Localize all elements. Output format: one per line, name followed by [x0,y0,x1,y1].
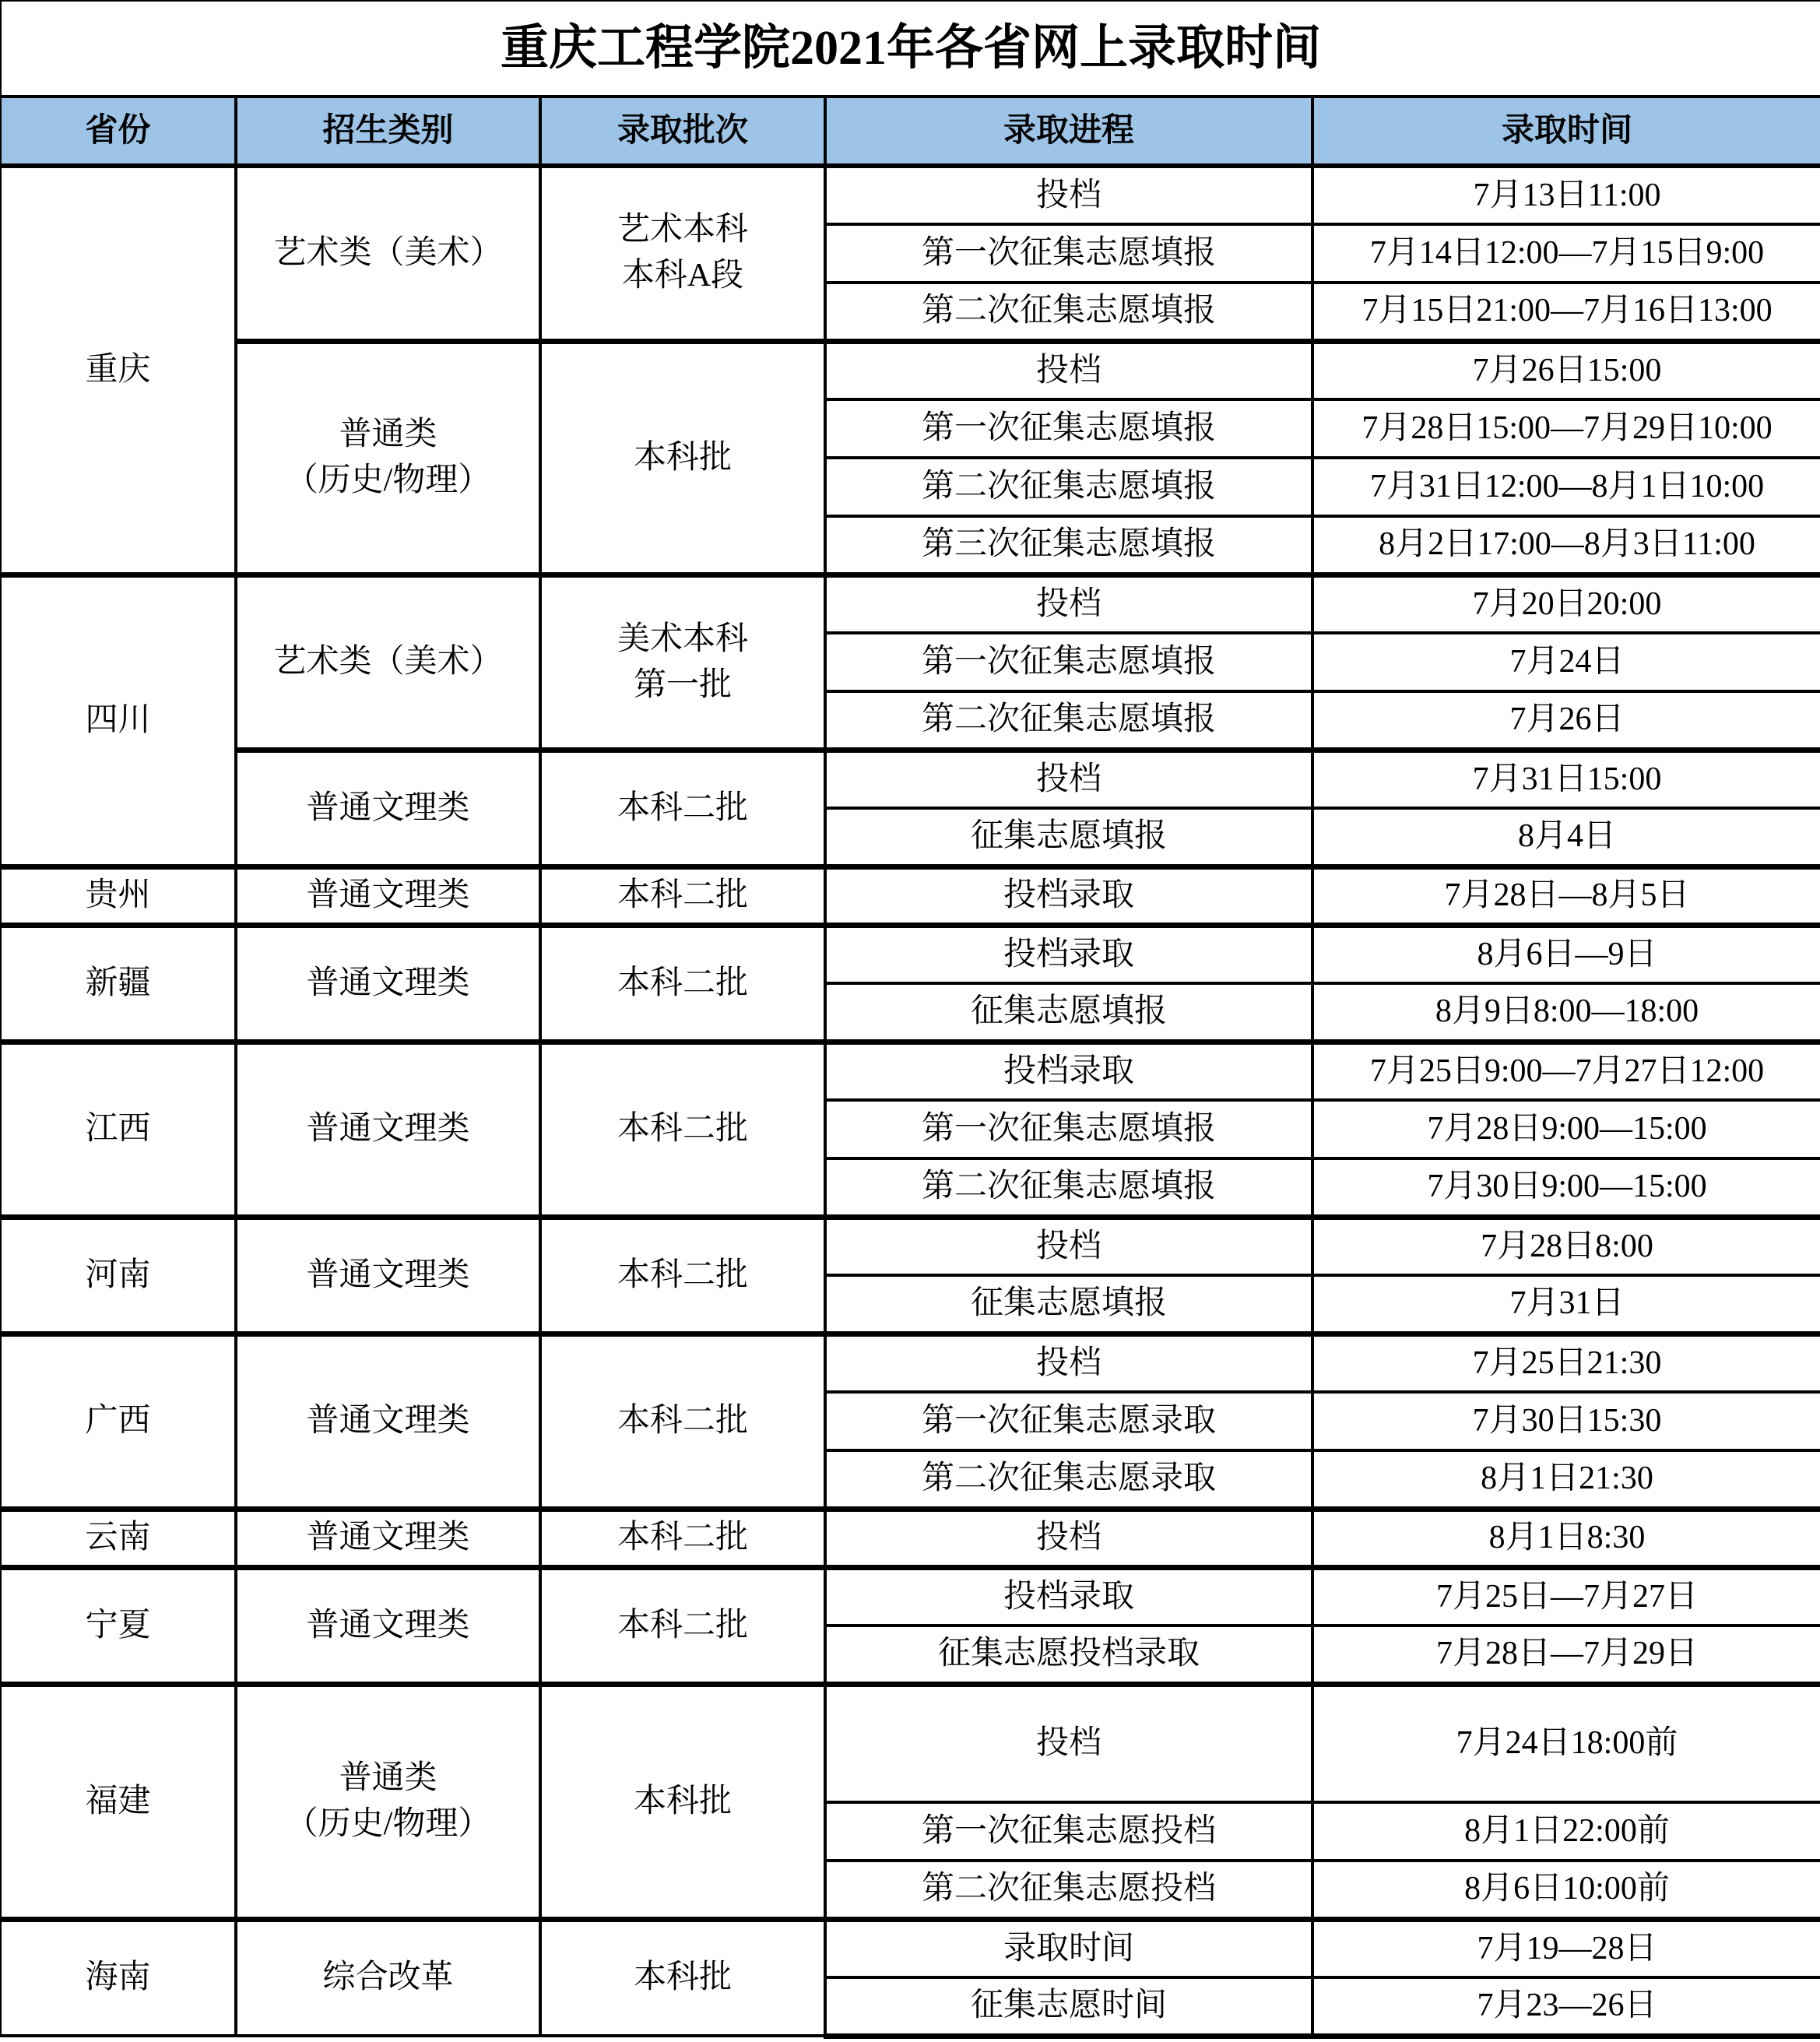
col-header-category: 招生类别 [236,97,540,166]
time-cell: 7月13日11:00 [1312,166,1820,224]
category-cell: 普通文理类 [236,1567,540,1684]
time-cell: 8月1日22:00前 [1312,1802,1820,1861]
time-cell: 7月14日12:00—7月15日9:00 [1312,224,1820,283]
process-cell: 第一次征集志愿录取 [825,1392,1312,1450]
time-cell: 7月28日—8月5日 [1312,866,1820,925]
table-row: 宁夏 普通文理类 本科二批 投档录取 7月25日—7月27日 [1,1567,1820,1626]
process-cell: 投档 [825,575,1312,633]
batch-cell: 本科二批 [540,925,825,1042]
process-cell: 投档录取 [825,1042,1312,1100]
process-cell: 征集志愿填报 [825,808,1312,866]
process-cell: 征集志愿投档录取 [825,1626,1312,1684]
process-cell: 第二次征集志愿填报 [825,1158,1312,1217]
time-cell: 7月28日9:00—15:00 [1312,1100,1820,1158]
category-cell: 艺术类（美术） [236,575,540,750]
process-cell: 征集志愿填报 [825,1275,1312,1334]
time-cell: 7月26日15:00 [1312,341,1820,399]
time-cell: 8月9日8:00—18:00 [1312,983,1820,1042]
process-cell: 投档 [825,1334,1312,1392]
process-cell: 投档 [825,750,1312,808]
batch-cell: 本科二批 [540,750,825,866]
table-row: 新疆 普通文理类 本科二批 投档录取 8月6日—9日 [1,925,1820,983]
time-cell: 7月31日 [1312,1275,1820,1334]
table-row: 四川 艺术类（美术） 美术本科 第一批 投档 7月20日20:00 [1,575,1820,633]
batch-cell: 本科二批 [540,1334,825,1509]
table-row: 普通类 （历史/物理） 本科批 投档 7月26日15:00 [1,341,1820,399]
process-cell: 第一次征集志愿填报 [825,1100,1312,1158]
time-cell: 7月20日20:00 [1312,575,1820,633]
process-cell: 投档录取 [825,925,1312,983]
table-row: 广西 普通文理类 本科二批 投档 7月25日21:30 [1,1334,1820,1392]
time-cell: 7月15日21:00—7月16日13:00 [1312,283,1820,341]
province-cell-henan: 河南 [1,1217,236,1334]
process-cell: 第二次征集志愿填报 [825,458,1312,516]
time-cell: 7月28日15:00—7月29日10:00 [1312,399,1820,458]
time-cell: 7月30日15:30 [1312,1392,1820,1450]
process-cell: 征集志愿填报 [825,983,1312,1042]
time-cell: 7月23—26日 [1312,1977,1820,2036]
process-cell: 征集志愿时间 [825,1977,1312,2036]
table-row: 河南 普通文理类 本科二批 投档 7月28日8:00 [1,1217,1820,1275]
batch-cell: 本科二批 [540,1042,825,1217]
process-cell: 第一次征集志愿填报 [825,633,1312,691]
province-cell-jiangxi: 江西 [1,1042,236,1217]
table-row: 重庆 艺术类（美术） 艺术本科 本科A段 投档 7月13日11:00 [1,166,1820,224]
category-cell: 普通文理类 [236,750,540,866]
batch-cell: 本科批 [540,341,825,575]
province-cell-guangxi: 广西 [1,1334,236,1509]
province-cell-hainan: 海南 [1,1919,236,2036]
category-cell: 普通文理类 [236,1334,540,1509]
time-cell: 7月24日 [1312,633,1820,691]
admission-schedule-table: 重庆工程学院2021年各省网上录取时间 省份 招生类别 录取批次 录取进程 录取… [0,0,1820,2039]
province-cell-chongqing: 重庆 [1,166,236,575]
table-row: 江西 普通文理类 本科二批 投档录取 7月25日9:00—7月27日12:00 [1,1042,1820,1100]
time-cell: 8月1日8:30 [1312,1509,1820,1567]
process-cell: 投档录取 [825,866,1312,925]
process-cell: 投档 [825,1217,1312,1275]
process-cell: 第二次征集志愿填报 [825,691,1312,750]
process-cell: 第二次征集志愿录取 [825,1450,1312,1509]
time-cell: 7月25日9:00—7月27日12:00 [1312,1042,1820,1100]
batch-cell: 本科批 [540,1684,825,1919]
process-cell: 第二次征集志愿投档 [825,1861,1312,1919]
category-cell: 艺术类（美术） [236,166,540,341]
province-cell-ningxia: 宁夏 [1,1567,236,1684]
batch-cell: 本科二批 [540,866,825,925]
batch-cell: 艺术本科 本科A段 [540,166,825,341]
category-cell: 普通文理类 [236,1042,540,1217]
province-cell-xinjiang: 新疆 [1,925,236,1042]
time-cell: 7月28日—7月29日 [1312,1626,1820,1684]
table-row: 福建 普通类 （历史/物理） 本科批 投档 7月24日18:00前 [1,1684,1820,1802]
batch-cell: 本科二批 [540,1567,825,1684]
time-cell: 7月26日 [1312,691,1820,750]
process-cell: 投档录取 [825,1567,1312,1626]
time-cell: 7月30日9:00—15:00 [1312,1158,1820,1217]
category-cell: 普通文理类 [236,866,540,925]
table-title: 重庆工程学院2021年各省网上录取时间 [1,1,1820,97]
table-row: 云南 普通文理类 本科二批 投档 8月1日8:30 [1,1509,1820,1567]
table-row: 贵州 普通文理类 本科二批 投档录取 7月28日—8月5日 [1,866,1820,925]
time-cell: 7月31日12:00—8月1日10:00 [1312,458,1820,516]
col-header-province: 省份 [1,97,236,166]
time-cell: 7月24日18:00前 [1312,1684,1820,1802]
time-cell: 7月28日8:00 [1312,1217,1820,1275]
time-cell: 8月1日21:30 [1312,1450,1820,1509]
category-cell: 普通类 （历史/物理） [236,1684,540,1919]
header-row: 省份 招生类别 录取批次 录取进程 录取时间 [1,97,1820,166]
time-cell: 7月31日15:00 [1312,750,1820,808]
category-cell: 综合改革 [236,1919,540,2036]
time-cell: 7月25日—7月27日 [1312,1567,1820,1626]
time-cell: 8月4日 [1312,808,1820,866]
province-cell-yunnan: 云南 [1,1509,236,1567]
time-cell: 8月6日—9日 [1312,925,1820,983]
process-cell: 第三次征集志愿填报 [825,516,1312,575]
time-cell: 7月19—28日 [1312,1919,1820,1977]
process-cell: 投档 [825,166,1312,224]
time-cell: 7月25日21:30 [1312,1334,1820,1392]
page: 重庆工程学院2021年各省网上录取时间 省份 招生类别 录取批次 录取进程 录取… [0,0,1820,2042]
table-row: 普通文理类 本科二批 投档 7月31日15:00 [1,750,1820,808]
table-row: 海南 综合改革 本科批 录取时间 7月19—28日 [1,1919,1820,1977]
batch-cell: 美术本科 第一批 [540,575,825,750]
time-cell: 8月6日10:00前 [1312,1861,1820,1919]
col-header-batch: 录取批次 [540,97,825,166]
process-cell: 投档 [825,341,1312,399]
province-cell-guizhou: 贵州 [1,866,236,925]
province-cell-fujian: 福建 [1,1684,236,1919]
batch-cell: 本科批 [540,1919,825,2036]
col-header-process: 录取进程 [825,97,1312,166]
batch-cell: 本科二批 [540,1509,825,1567]
process-cell: 第一次征集志愿投档 [825,1802,1312,1861]
process-cell: 投档 [825,1684,1312,1802]
batch-cell: 本科二批 [540,1217,825,1334]
category-cell: 普通文理类 [236,1217,540,1334]
category-cell: 普通类 （历史/物理） [236,341,540,575]
process-cell: 第二次征集志愿填报 [825,283,1312,341]
title-row: 重庆工程学院2021年各省网上录取时间 [1,1,1820,97]
process-cell: 第一次征集志愿填报 [825,224,1312,283]
col-header-time: 录取时间 [1312,97,1820,166]
process-cell: 投档 [825,1509,1312,1567]
category-cell: 普通文理类 [236,925,540,1042]
process-cell: 第一次征集志愿填报 [825,399,1312,458]
time-cell: 8月2日17:00—8月3日11:00 [1312,516,1820,575]
process-cell: 录取时间 [825,1919,1312,1977]
category-cell: 普通文理类 [236,1509,540,1567]
province-cell-sichuan: 四川 [1,575,236,866]
